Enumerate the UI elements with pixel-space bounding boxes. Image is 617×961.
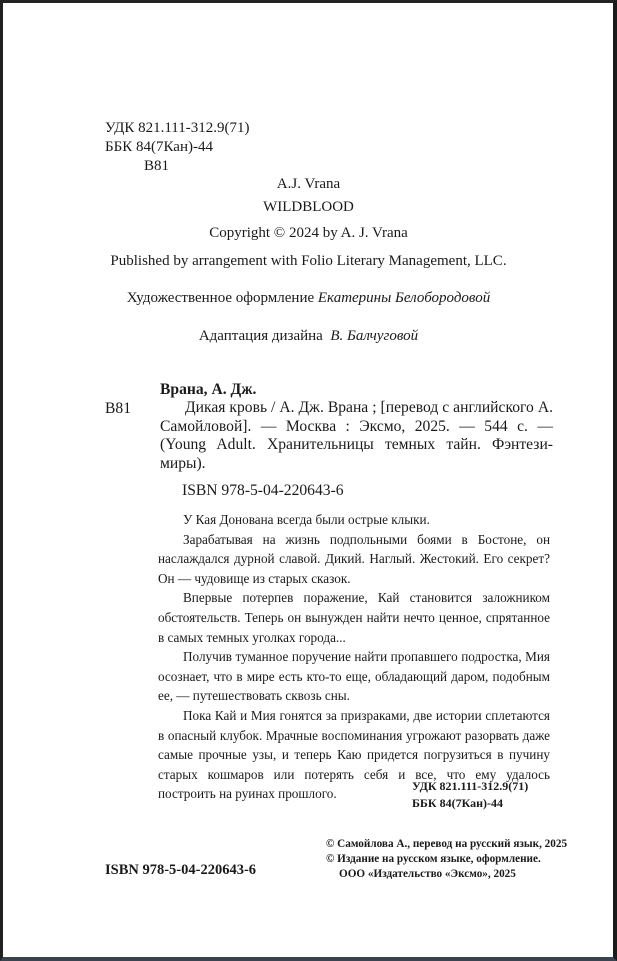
art-label: Художественное оформление [127, 290, 314, 306]
copyright-line: ООО «Издательство «Эксмо», 2025 [326, 867, 567, 882]
art-name: Екатерины Белобородовой [318, 290, 490, 306]
biblio-description: Дикая кровь / А. Дж. Врана ; [перевод с … [160, 399, 553, 473]
original-title: WILDBLOOD [0, 198, 617, 216]
annotation-paragraph: У Кая Донована всегда были острые клыки. [158, 510, 550, 530]
annotation-paragraph: Зарабатывая на жизнь подпольными боями в… [158, 530, 550, 589]
annotation-paragraph: Получив туманное поручение найти пропавш… [158, 647, 550, 706]
biblio-mark: В81 [105, 400, 131, 418]
bbk-top: ББК 84(7Кан)-44 [105, 138, 213, 156]
design-name: В. Балчуговой [330, 328, 418, 344]
copyright-block: © Самойлова А., перевод на русский язык,… [326, 837, 567, 882]
author-mark-top: В81 [144, 157, 169, 175]
annotation: У Кая Донована всегда были острые клыки.… [158, 510, 550, 804]
footer-isbn: ISBN 978-5-04-220643-6 [105, 862, 256, 879]
publisher-note: Published by arrangement with Folio Lite… [0, 252, 617, 270]
original-copyright: Copyright © 2024 by A. J. Vrana [0, 224, 617, 242]
copyright-line: © Самойлова А., перевод на русский язык,… [326, 837, 567, 852]
design-credit: Адаптация дизайна В. Балчуговой [0, 327, 617, 345]
page-frame [0, 0, 617, 961]
biblio-isbn: ISBN 978-5-04-220643-6 [182, 482, 344, 500]
copyright-line: © Издание на русском языке, оформление. [326, 852, 567, 867]
art-credit: Художественное оформление Екатерины Бело… [0, 289, 617, 307]
udk-bottom: УДК 821.111-312.9(71) [412, 778, 528, 795]
biblio-heading: Врана, А. Дж. [160, 381, 256, 399]
design-label: Адаптация дизайна [199, 328, 323, 344]
annotation-paragraph: Впервые потерпев поражение, Кай становит… [158, 588, 550, 647]
bbk-bottom: ББК 84(7Кан)-44 [412, 795, 503, 812]
udk-top: УДК 821.111-312.9(71) [105, 119, 249, 137]
original-author: A.J. Vrana [0, 175, 617, 193]
